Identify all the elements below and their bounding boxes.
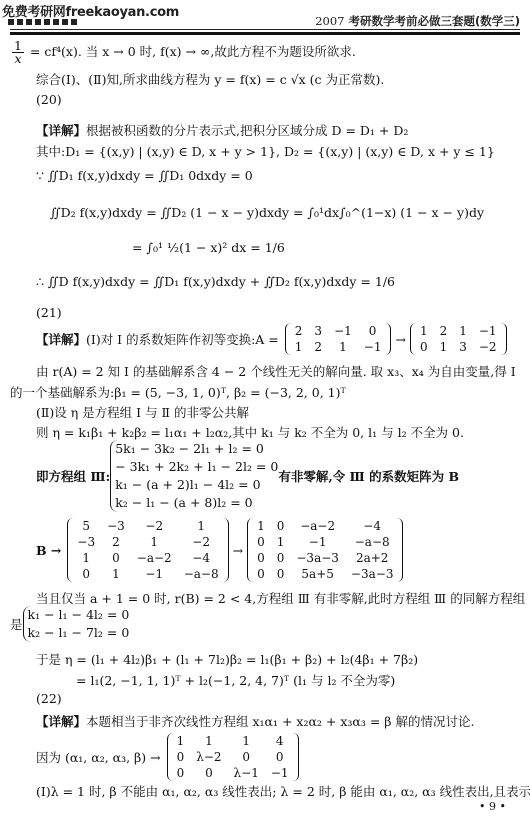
- q20-eq-3: = ∫₀¹ ½(1 − x)² dx = 1/6: [132, 240, 285, 255]
- question-21-number: (21): [36, 305, 62, 320]
- q20-eq-4: ∴ ∬D f(x,y)dxdy = ∬D₁ f(x,y)dxdy + ∬D₂ f…: [36, 274, 395, 289]
- q21-eta-3: = l₁(2, −1, 1, 1)ᵀ + l₂(−1, 2, 4, 7)ᵀ (l…: [76, 671, 395, 689]
- q21-part-2: (Ⅱ)设 η 是方程组 Ⅰ 与 Ⅱ 的非零公共解: [36, 403, 249, 421]
- header-title: 考研数学考前必做三套题(数学三): [344, 14, 520, 28]
- q21-matrix-B: B → 5−3−21 −321−2 10−a−2−4 01−1−a−8 → 10…: [36, 518, 403, 582]
- line-conclusion-2: 1x = cf⁴(x). 当 x → 0 时, f(x) → ∞,故此方程不为题…: [10, 40, 356, 65]
- q21-eta-2: 于是 η = (l₁ + 4l₂)β₁ + (l₁ + 7l₂)β₂ = l₁(…: [36, 650, 418, 668]
- q21-condition: 当且仅当 a + 1 = 0 时, r(B) = 2 < 4,方程组 Ⅲ 有非零…: [36, 589, 525, 607]
- q21-rank: 由 r(A) = 2 知 Ⅰ 的基础解系含 4 − 2 个线性无关的解向量. 取…: [36, 362, 516, 380]
- matrix-A-reduced: 121−1 013−2: [410, 323, 507, 355]
- q22-detail: 【详解】本题相当于非齐次线性方程组 x₁α₁ + x₂α₂ + x₃α₃ = β…: [36, 712, 474, 730]
- q22-case-1: (Ⅰ)λ = 1 时, β 不能由 α₁, α₂, α₃ 线性表出; λ = 2…: [36, 782, 530, 800]
- fraction-1-over-x: 1x: [12, 40, 24, 65]
- q21-eta: 则 η = k₁β₁ + k₂β₂ = l₁α₁ + l₂α₂,其中 k₁ 与 …: [36, 423, 464, 441]
- question-22-number: (22): [36, 691, 62, 706]
- watermark: 免费考研网freekaoyan.com: [2, 1, 179, 20]
- detail-label: 【详解】: [36, 714, 86, 729]
- header-year: 2007: [315, 14, 344, 28]
- detail-label: 【详解】: [36, 330, 86, 348]
- detail-label: 【详解】: [36, 123, 86, 138]
- q20-eq-1: ∵ ∬D₁ f(x,y)dxdy = ∬D₁ 0dxdy = 0: [36, 168, 253, 183]
- equation-system: k₁ − l₁ − 4l₂ = 0k₂ − l₁ − 7l₂ = 0: [23, 606, 130, 642]
- running-header: 2007 考研数学考前必做三套题(数学三): [315, 13, 520, 29]
- publisher-logo: [8, 19, 78, 25]
- q21-same-system: 是 k₁ − l₁ − 4l₂ = 0k₂ − l₁ − 7l₂ = 0: [10, 606, 129, 642]
- line-conclusion-summary: 综合(Ⅰ)、(Ⅱ)知,所求曲线方程为 y = f(x) = c √x (c 为正…: [36, 70, 384, 88]
- q20-eq-2: ∬D₂ f(x,y)dxdy = ∬D₂ (1 − x − y)dxdy = ∫…: [50, 205, 484, 220]
- equation-system: 5k₁ − 3k₂ − 2l₁ + l₂ = 0− 3k₁ + 2k₂ + l₁…: [110, 440, 278, 512]
- arrow-icon: →: [395, 332, 405, 347]
- arrow-icon: →: [233, 543, 243, 558]
- header-rule-thin: [10, 29, 520, 30]
- q21-system-III: 即方程组 Ⅲ: 5k₁ − 3k₂ − 2l₁ + l₂ = 0− 3k₁ + …: [36, 440, 459, 512]
- q21-basis: 的一个基础解系为:β₁ = (5, −3, 1, 0)ᵀ, β₂ = (−3, …: [10, 383, 346, 401]
- matrix-B-reduced: 10−a−2−4 01−1−a−8 00−3a−32a+2 005a+5−3a−…: [247, 518, 403, 582]
- q22-augmented: 因为 (α₁, α₂, α₃, β) → 1114 0λ−200 00λ−1−1: [36, 733, 299, 781]
- question-20-number: (20): [36, 92, 62, 107]
- matrix-A: 23−10 121−1: [285, 323, 392, 355]
- q20-detail: 【详解】根据被积函数的分片表示式,把积分区域分成 D = D₁ + D₂: [36, 121, 408, 139]
- matrix-augmented: 1114 0λ−200 00λ−1−1: [167, 733, 299, 781]
- header-rule-thick: [10, 32, 520, 35]
- matrix-B: 5−3−21 −321−2 10−a−2−4 01−1−a−8: [67, 518, 228, 582]
- q21-detail: 【详解】(Ⅰ)对 Ⅰ 的系数矩阵作初等变换:A = 23−10 121−1 → …: [36, 323, 507, 355]
- q20-domains: 其中:D₁ = {(x,y) | (x,y) ∈ D, x + y > 1}, …: [36, 142, 495, 160]
- page-number: • 9 •: [479, 800, 506, 813]
